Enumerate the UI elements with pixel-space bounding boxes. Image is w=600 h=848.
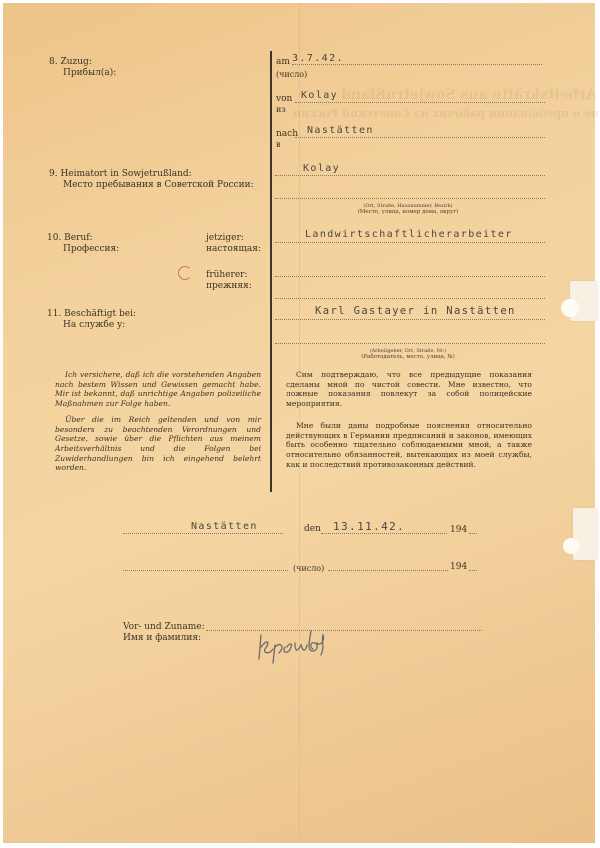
declaration-ru-paragraph-2: Мне были даны подробные пояснения относи…	[286, 421, 532, 470]
field11-label-ru: На службе у:	[63, 320, 125, 331]
homeplace-line-1	[275, 175, 545, 176]
ru-date-label: (число)	[293, 564, 324, 573]
ru-date-line	[328, 570, 448, 571]
year-line	[469, 533, 477, 534]
employer-line-1	[275, 319, 545, 320]
former-occupation-label-ru: прежняя:	[206, 281, 252, 292]
tape-patch-lower	[573, 508, 598, 560]
arrival-date-line	[292, 64, 542, 65]
origin-line	[295, 102, 545, 103]
field9-label-ru: Место пребывания в Советской России:	[63, 180, 254, 191]
arrival-date-value: 3.7.42.	[292, 53, 344, 64]
declaration-de-paragraph-2: Über die im Reich geltenden und von mir …	[55, 415, 261, 473]
former-occupation-label-de: früherer:	[206, 270, 248, 281]
employer-hint-ru: (Работодатель, место, улица, №)	[333, 354, 483, 360]
column-divider	[270, 51, 272, 492]
name-label-de: Vor- und Zuname:	[123, 622, 205, 633]
nach-label-ru: в	[276, 140, 281, 149]
punch-hole-lower	[563, 538, 579, 554]
field10-label-de: 10. Beruf:	[47, 233, 93, 244]
red-stamp-mark-icon	[178, 266, 192, 280]
field8-label-de: 8. Zuzug:	[49, 57, 92, 68]
nach-label: nach	[276, 129, 298, 140]
document-page: Aufenthaltsanzeige für Arbeitskräfte aus…	[3, 3, 595, 843]
employer-line-2	[275, 343, 545, 344]
homeplace-line-2	[275, 198, 545, 199]
current-occupation-label-ru: настоящая:	[206, 244, 261, 255]
von-label-ru: из	[276, 105, 286, 114]
homeplace-hint-ru: (Место, улица, номер дома, округ)	[333, 209, 483, 215]
declaration-russian: Сим подтверждаю, что все предыдущие пока…	[286, 370, 532, 475]
place-line	[123, 533, 283, 534]
declaration-ru-paragraph-1: Сим подтверждаю, что все предыдущие пока…	[286, 370, 532, 409]
handwritten-signature	[255, 625, 345, 665]
ru-year-prefix: 194	[450, 562, 467, 573]
name-label-ru: Имя и фамилия:	[123, 633, 201, 644]
field9-label-de: 9. Heimatort in Sowjetrußland:	[49, 169, 192, 180]
date-line	[321, 533, 447, 534]
current-occupation-line	[275, 242, 545, 243]
employer-line-top	[275, 298, 545, 299]
declaration-german: Ich versichere, daß ich die vorstehenden…	[55, 370, 261, 479]
ru-place-line	[123, 570, 288, 571]
declaration-de-paragraph-1: Ich versichere, daß ich die vorstehenden…	[55, 370, 261, 409]
bleed-through-title: Aufenthaltsanzeige für Arbeitskräfte aus…	[341, 87, 600, 103]
employer-value: Karl Gastayer in Nastätten	[315, 305, 516, 317]
current-occupation-label-de: jetziger:	[206, 233, 244, 244]
signing-date-value: 13.11.42.	[333, 520, 405, 533]
den-label: den	[304, 524, 321, 535]
punch-hole-upper	[561, 299, 579, 317]
former-occupation-line	[275, 276, 545, 277]
origin-value: Kolay	[301, 90, 338, 101]
current-occupation-value: Landwirtschaftlicherarbeiter	[305, 229, 513, 240]
destination-value: Nastätten	[307, 125, 374, 136]
year-prefix: 194	[450, 525, 467, 536]
field8-label-ru: Прибыл(а):	[63, 68, 116, 79]
field11-label-de: 11. Beschäftigt bei:	[47, 309, 136, 320]
field10-label-ru: Профессия:	[63, 244, 119, 255]
ru-year-line	[469, 570, 477, 571]
destination-line	[295, 137, 545, 138]
bleed-through-subtitle: Сообщение о пребывании рабочих из Советс…	[293, 107, 600, 120]
place-value: Nastätten	[191, 521, 258, 532]
am-label: am	[276, 57, 290, 68]
homeplace-value: Kolay	[303, 163, 340, 174]
arrival-date-sub-ru: (число)	[276, 70, 307, 79]
von-label: von	[276, 94, 292, 105]
